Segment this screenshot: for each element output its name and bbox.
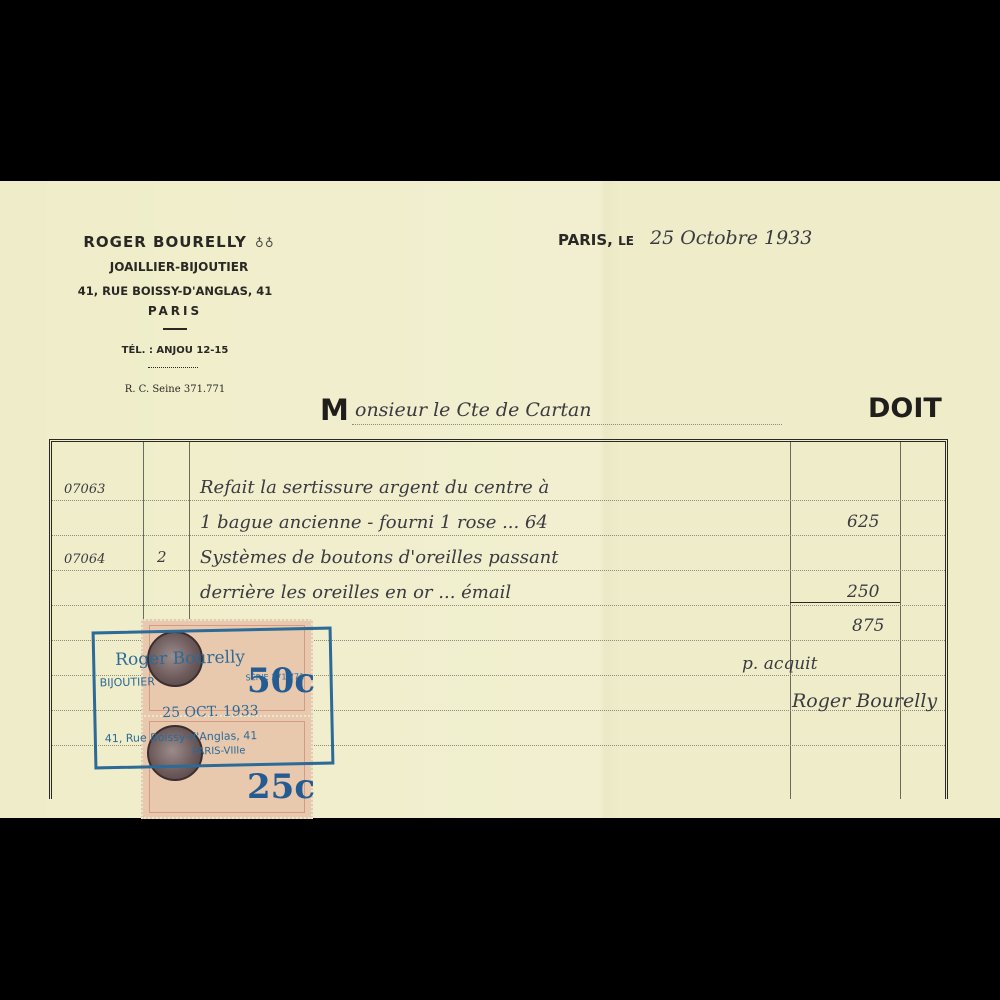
payment-note: p. acquit	[742, 654, 817, 674]
line-item-ref: 07064	[64, 552, 105, 567]
invoice-date: 25 Octobre 1933	[650, 227, 812, 249]
medal-icon: ♁♁	[255, 236, 275, 250]
ruled-line	[52, 605, 945, 606]
merchant-ink-stamp: Roger Bourelly BIJOUTIER SÉRIE 371.771 2…	[92, 627, 335, 770]
company-name: Roger Bourelly ♁♁	[64, 233, 294, 251]
company-city: PARIS	[120, 304, 230, 318]
letterhead-divider	[163, 328, 187, 330]
invoice-total: 875	[852, 616, 884, 636]
line-item-qty: 2	[157, 548, 167, 566]
ruled-line	[52, 535, 945, 536]
invoice-paper: Roger Bourelly ♁♁ JOAILLIER-BIJOUTIER 41…	[0, 181, 1000, 818]
company-phone: TÉL. : ANJOU 12-15	[110, 345, 240, 356]
line-item-amount: 250	[847, 582, 879, 602]
letterhead-ornament-divider	[148, 367, 198, 369]
line-item-description: Refait la sertissure argent du centre à	[200, 477, 549, 498]
total-rule	[790, 602, 900, 603]
company-profession: JOAILLIER-BIJOUTIER	[68, 260, 290, 274]
company-registry: R. C. Seine 371.771	[110, 384, 240, 395]
company-address: 41, Rue Boissy-d'Anglas, 41	[50, 284, 300, 298]
recipient-prefix: M	[320, 393, 349, 427]
ruled-line	[52, 500, 945, 501]
line-item-ref: 07063	[64, 482, 105, 497]
line-item-description: Systèmes de boutons d'oreilles passant	[200, 547, 559, 568]
signature: Roger Bourelly	[792, 690, 937, 712]
dateline-label: PARIS, LE	[558, 231, 634, 249]
recipient-name: onsieur le Cte de Cartan	[355, 399, 592, 421]
line-item-description: derrière les oreilles en or ... émail	[200, 582, 511, 603]
recipient-dotted-line	[352, 424, 782, 425]
line-item-description: 1 bague ancienne - fourni 1 rose ... 64	[200, 512, 548, 533]
ruled-line	[52, 570, 945, 571]
doit-label: DOIT	[868, 393, 942, 424]
line-item-amount: 625	[847, 512, 879, 532]
